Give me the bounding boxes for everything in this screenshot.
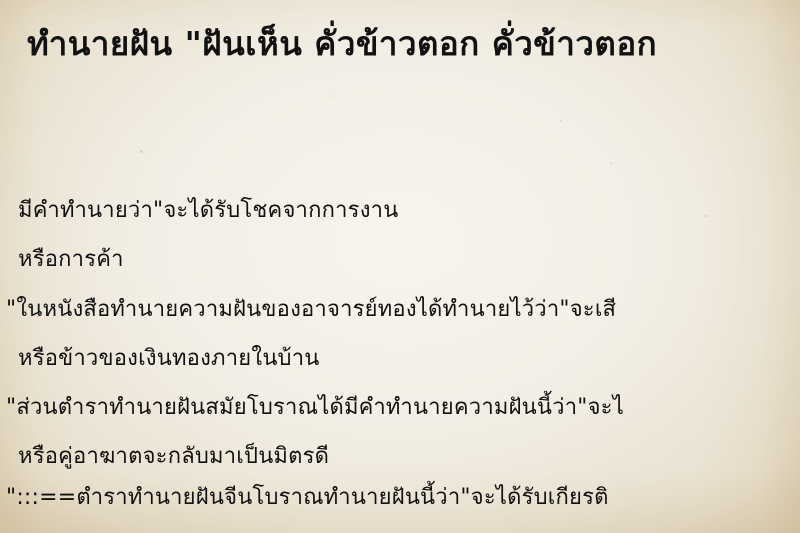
prediction-line-1: มีคำทำนายว่า"จะได้รับโชคจากการงาน [18,194,398,228]
paper-speck [330,95,332,97]
prediction-line-3: "ในหนังสือทำนายความฝันของอาจารย์ทองได้ทำ… [6,293,616,327]
prediction-line-7: ":::==ตำราทำนายฝันจีนโบราณทำนายฝันนี้ว่า… [6,481,609,515]
prediction-line-5: "ส่วนตำราทำนายฝันสมัยโบราณได้มีคำทำนายคว… [6,391,624,425]
prediction-line-4: หรือข้าวของเงินทองภายในบ้าน [18,342,320,376]
paper-speck [610,162,612,164]
paper-speck [140,150,143,153]
prediction-line-2: หรือการค้า [18,243,124,277]
page-title: ทำนายฝัน "ฝันเห็น คั่วข้าวตอก คั่วข้าวตอ… [27,20,657,68]
paper-speck [560,120,562,122]
prediction-line-6: หรือคู่อาฆาตจะกลับมาเป็นมิตรดี [18,440,329,474]
paper-speck [705,215,708,217]
